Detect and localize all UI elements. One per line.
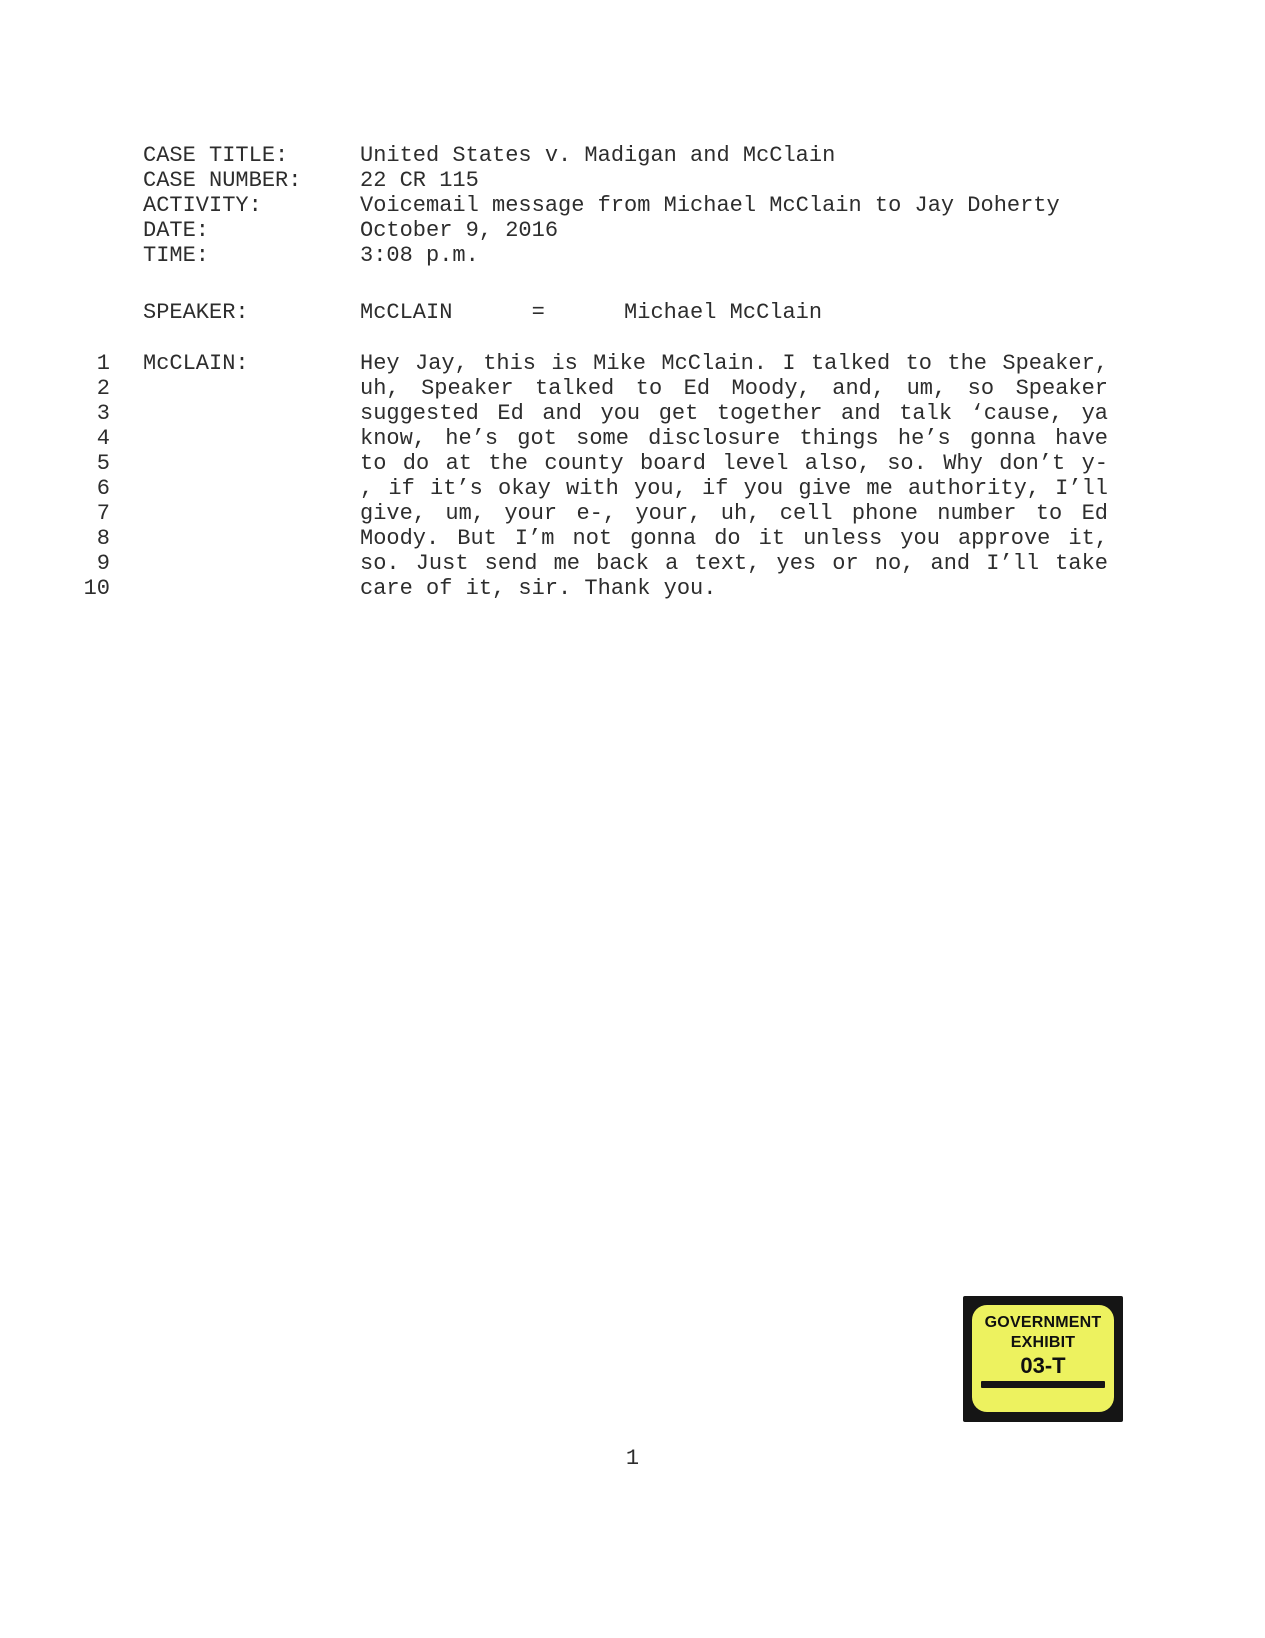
speaker-cell [143, 526, 360, 551]
line-number-gap [110, 526, 143, 551]
line-number: 1 [60, 351, 110, 376]
line-text: Hey Jay, this is Mike McClain. I talked … [360, 351, 1108, 376]
speaker-cell: McCLAIN: [143, 351, 360, 376]
line-number: 4 [60, 426, 110, 451]
stamp-title: GOVERNMENT [972, 1313, 1114, 1333]
stamp-subtitle: EXHIBIT [972, 1333, 1114, 1353]
header-row: ACTIVITY: Voicemail message from Michael… [143, 193, 1123, 218]
speaker-cell [143, 501, 360, 526]
speaker-cell [143, 401, 360, 426]
header-label: CASE NUMBER: [143, 168, 360, 193]
line-text: uh, Speaker talked to Ed Moody, and, um,… [360, 376, 1108, 401]
line-number-gap [110, 576, 143, 601]
line-number-gap [110, 501, 143, 526]
line-number: 9 [60, 551, 110, 576]
header-label: TIME: [143, 243, 360, 268]
line-number-gap [110, 451, 143, 476]
header-label: CASE TITLE: [143, 143, 360, 168]
transcript-page: CASE TITLE: United States v. Madigan and… [0, 0, 1265, 1638]
header-value: 22 CR 115 [360, 168, 1123, 193]
speaker-cell [143, 376, 360, 401]
line-text: know, he’s got some disclosure things he… [360, 426, 1108, 451]
transcript-line: 9 so. Just send me back a text, yes or n… [60, 551, 1110, 576]
line-number: 3 [60, 401, 110, 426]
header-row: TIME: 3:08 p.m. [143, 243, 1123, 268]
header-value: 3:08 p.m. [360, 243, 1123, 268]
page-number: 1 [0, 1446, 1265, 1471]
stamp-inner-label: GOVERNMENT EXHIBIT 03-T [972, 1305, 1114, 1412]
transcript-line: 1 McCLAIN: Hey Jay, this is Mike McClain… [60, 351, 1110, 376]
line-number-gap [110, 351, 143, 376]
transcript-line: 8 Moody. But I’m not gonna do it unless … [60, 526, 1110, 551]
line-text: to do at the county board level also, so… [360, 451, 1108, 476]
line-number-gap [110, 551, 143, 576]
header-value: United States v. Madigan and McClain [360, 143, 1123, 168]
speaker-cell [143, 476, 360, 501]
transcript-body: 1 McCLAIN: Hey Jay, this is Mike McClain… [60, 351, 1110, 601]
line-text: so. Just send me back a text, yes or no,… [360, 551, 1108, 576]
line-number: 2 [60, 376, 110, 401]
line-number: 6 [60, 476, 110, 501]
header-value: Voicemail message from Michael McClain t… [360, 193, 1123, 218]
line-number-gap [110, 376, 143, 401]
speaker-key-label: SPEAKER: [143, 300, 360, 325]
transcript-line: 4 know, he’s got some disclosure things … [60, 426, 1110, 451]
line-text: Moody. But I’m not gonna do it unless yo… [360, 526, 1108, 551]
transcript-line: 2 uh, Speaker talked to Ed Moody, and, u… [60, 376, 1110, 401]
line-text: give, um, your e-, your, uh, cell phone … [360, 501, 1108, 526]
case-header: CASE TITLE: United States v. Madigan and… [143, 143, 1123, 268]
header-row: SPEAKER: McCLAIN = Michael McClain [143, 300, 1123, 325]
transcript-line: 10 care of it, sir. Thank you. [60, 576, 1110, 601]
line-number-gap [110, 401, 143, 426]
transcript-line: 6 , if it’s okay with you, if you give m… [60, 476, 1110, 501]
line-number-gap [110, 426, 143, 451]
header-label: DATE: [143, 218, 360, 243]
line-text: , if it’s okay with you, if you give me … [360, 476, 1108, 501]
header-label: ACTIVITY: [143, 193, 360, 218]
government-exhibit-stamp: GOVERNMENT EXHIBIT 03-T [963, 1296, 1123, 1422]
speaker-cell [143, 576, 360, 601]
speaker-key-row: SPEAKER: McCLAIN = Michael McClain [143, 300, 1123, 325]
line-number: 10 [60, 576, 110, 601]
speaker-cell [143, 551, 360, 576]
header-row: DATE: October 9, 2016 [143, 218, 1123, 243]
stamp-underline-bar [981, 1381, 1105, 1388]
speaker-cell [143, 451, 360, 476]
line-number: 8 [60, 526, 110, 551]
transcript-line: 5 to do at the county board level also, … [60, 451, 1110, 476]
transcript-line: 3 suggested Ed and you get together and … [60, 401, 1110, 426]
transcript-line: 7 give, um, your e-, your, uh, cell phon… [60, 501, 1110, 526]
stamp-exhibit-number: 03-T [972, 1353, 1114, 1378]
line-number: 5 [60, 451, 110, 476]
header-value: October 9, 2016 [360, 218, 1123, 243]
line-text: care of it, sir. Thank you. [360, 576, 1108, 601]
line-number: 7 [60, 501, 110, 526]
speaker-cell [143, 426, 360, 451]
header-row: CASE NUMBER: 22 CR 115 [143, 168, 1123, 193]
speaker-key-value: McCLAIN = Michael McClain [360, 300, 1123, 325]
line-text: suggested Ed and you get together and ta… [360, 401, 1108, 426]
header-row: CASE TITLE: United States v. Madigan and… [143, 143, 1123, 168]
line-number-gap [110, 476, 143, 501]
